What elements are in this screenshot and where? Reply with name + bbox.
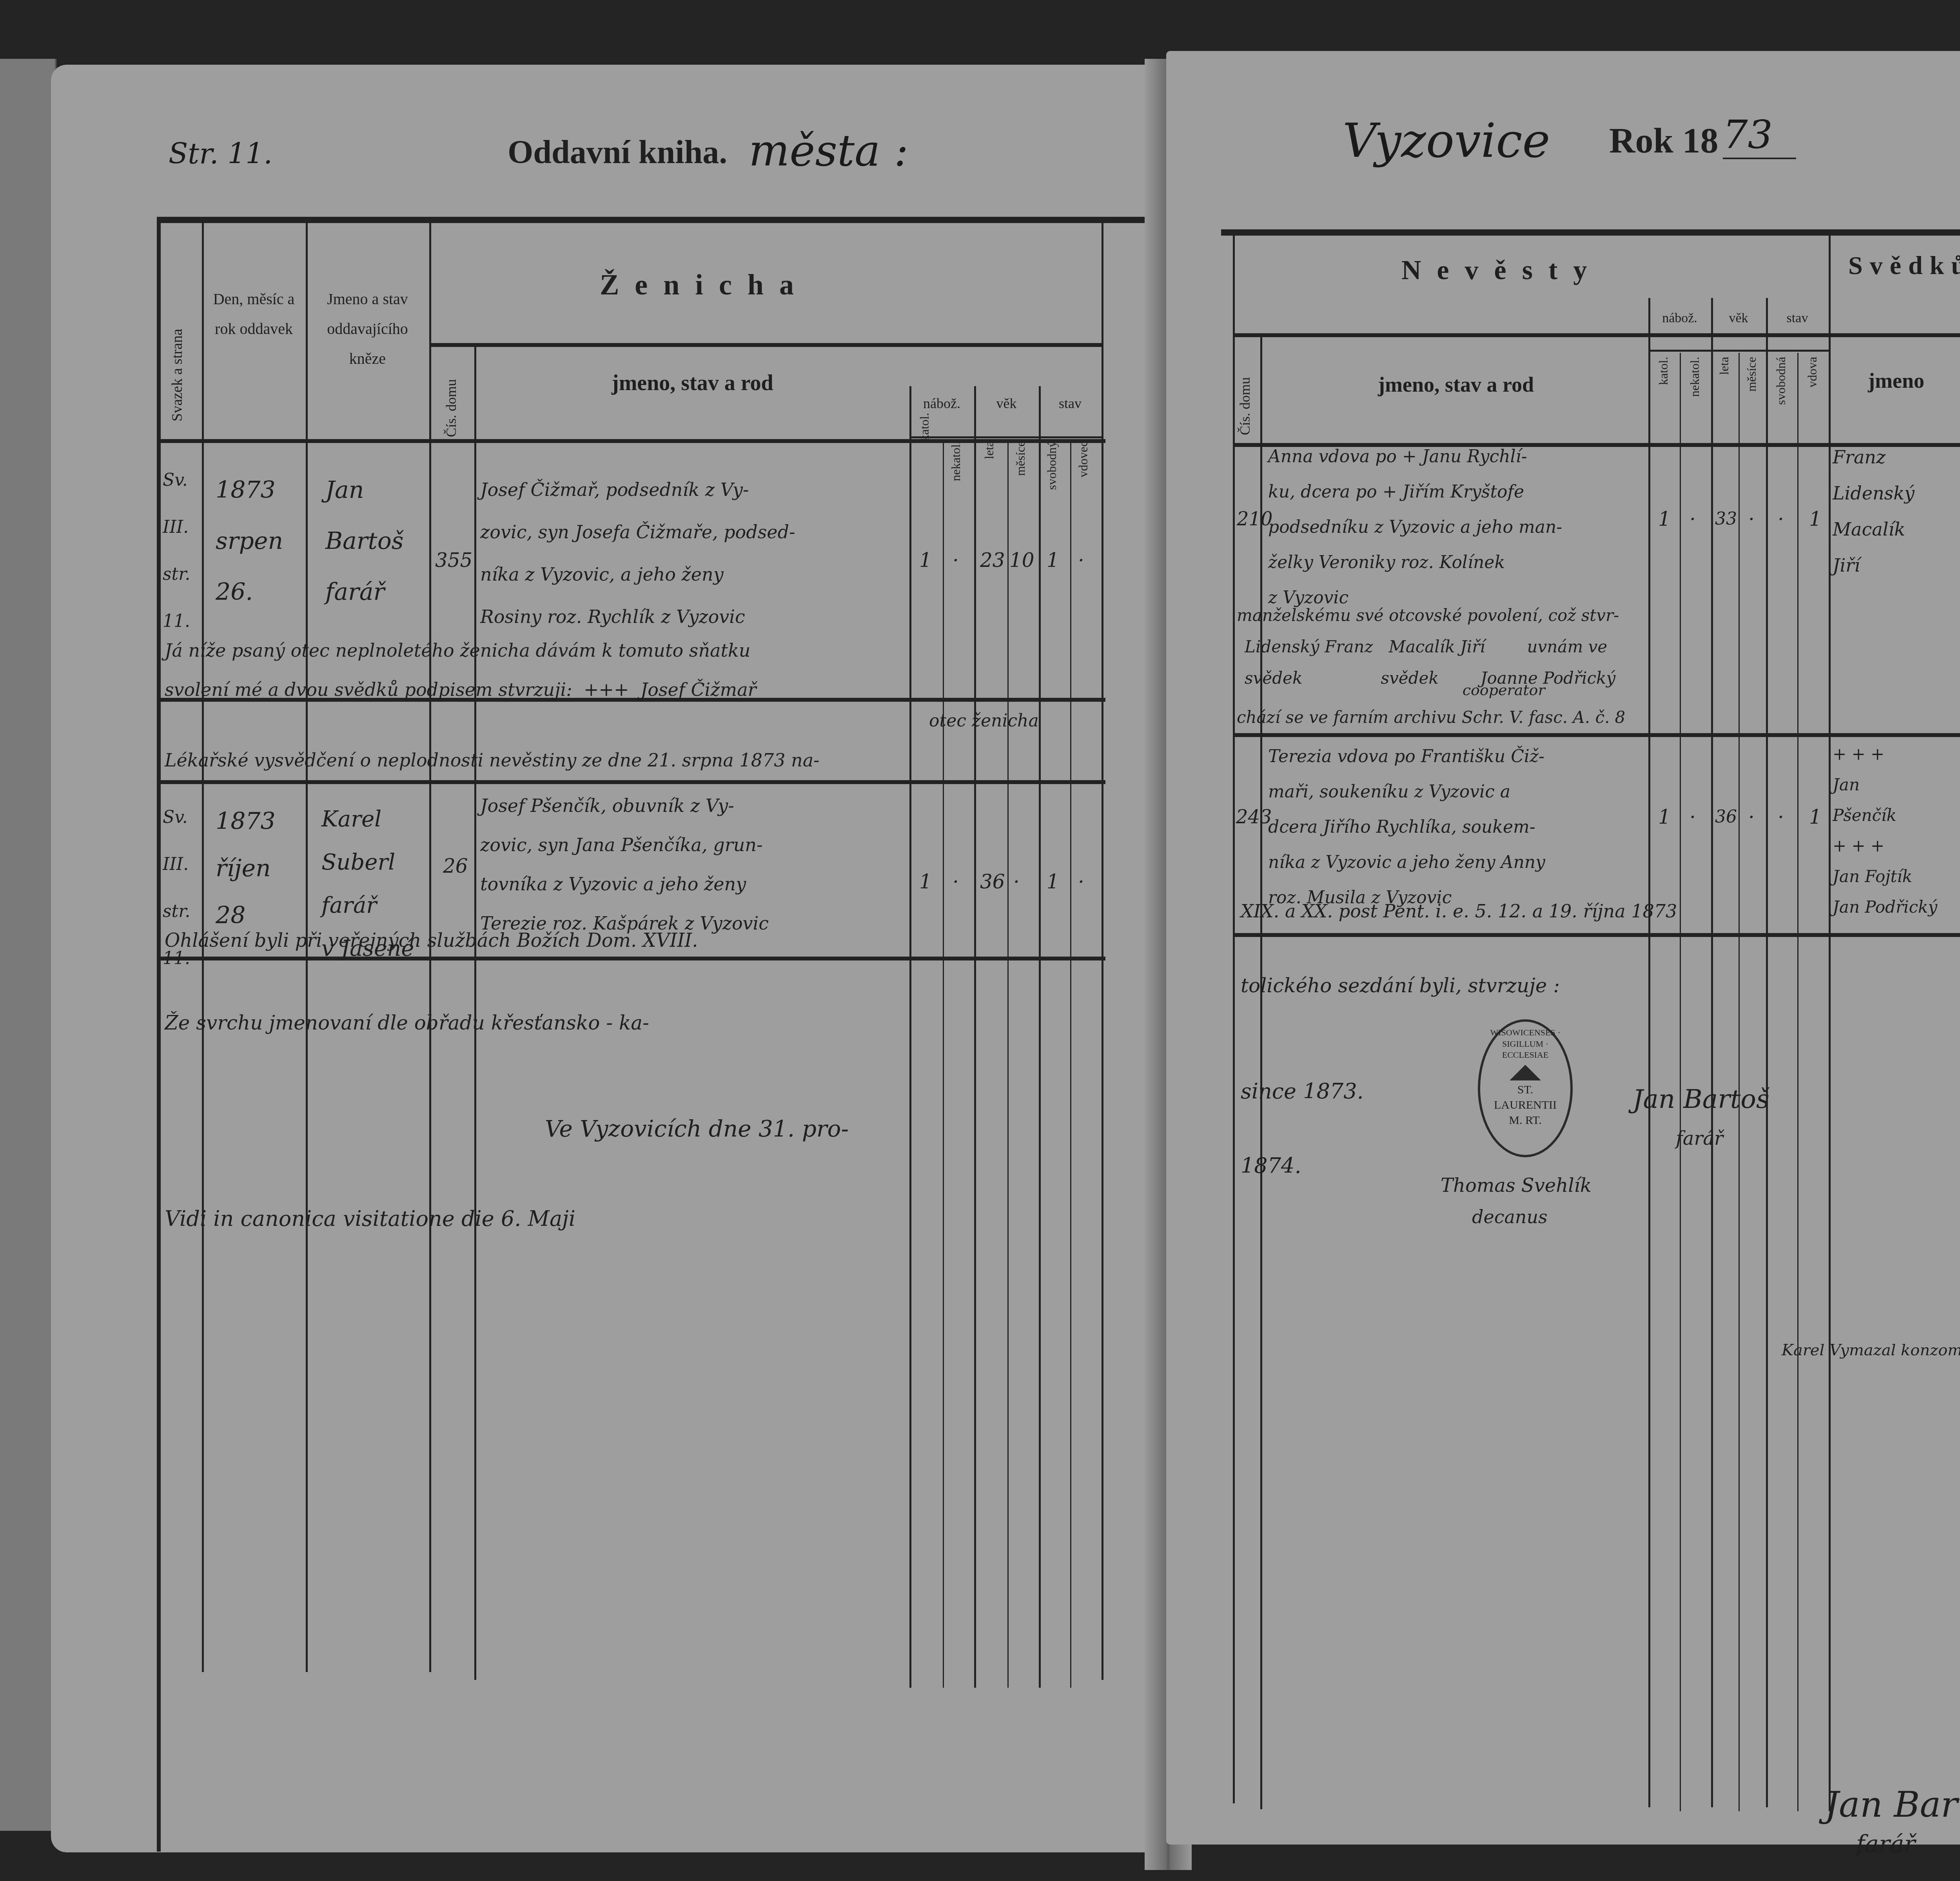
header-stav: stav bbox=[1039, 390, 1102, 417]
entry1-note-4: Lékařské vysvědčení o neplodnosti nevěst… bbox=[165, 739, 820, 781]
stamp-center-text: ST. LAURENTII M. RT. bbox=[1480, 1082, 1570, 1128]
signature-dean-title: decanus bbox=[1472, 1196, 1548, 1238]
col-divider bbox=[943, 441, 944, 1688]
header-cis-domu: Čís. domu bbox=[1237, 349, 1253, 435]
year-handwritten: 73 bbox=[1723, 112, 1796, 159]
table-top-border bbox=[1221, 229, 1960, 236]
header-den: Den, měsíc a rok oddavek bbox=[204, 284, 304, 344]
entry1-mesice: 10 bbox=[1009, 539, 1034, 581]
entry1-nekatol: · bbox=[1690, 498, 1696, 540]
entry2-leta: 36 bbox=[1715, 796, 1737, 838]
year-title: Rok 18 bbox=[1609, 120, 1719, 161]
header-nekatol: nekatol. bbox=[949, 441, 963, 481]
right-page: Vyzovice Rok 18 73 Nevěsty Svědkův Čís. … bbox=[1166, 51, 1960, 1845]
entry2-cis-domu: 243 bbox=[1236, 796, 1272, 838]
header-svobodny: svobodný bbox=[1045, 441, 1059, 490]
header-zenicha: Ženicha bbox=[600, 269, 809, 302]
parish-seal-stamp: WISOWICENSES · SIGILLUM · ECCLESIAE ST. … bbox=[1478, 1019, 1573, 1157]
col-divider bbox=[1070, 441, 1071, 1688]
entry1-note-5: chází se ve farním archivu Schr. V. fasc… bbox=[1237, 702, 1625, 733]
entry1-leta: 33 bbox=[1715, 498, 1737, 540]
footer-line-3: Vidi in canonica visitatione die 6. Maji bbox=[165, 1198, 575, 1240]
col-divider bbox=[909, 386, 911, 1688]
entry1-note-3: otec ženicha bbox=[929, 700, 1039, 742]
header-vdova: vdova bbox=[1805, 357, 1820, 387]
entry2-svobodna: · bbox=[1778, 796, 1784, 838]
entry1-leta: 23 bbox=[980, 539, 1005, 581]
header-nekatol: nekatol. bbox=[1688, 357, 1702, 397]
header-stav: stav bbox=[1766, 306, 1829, 331]
entry1-katol: 1 bbox=[919, 539, 932, 581]
col-divider bbox=[1648, 298, 1650, 1807]
header-leta: leta bbox=[982, 441, 996, 459]
entry2-svobodny: 1 bbox=[1047, 861, 1059, 903]
row-separator bbox=[1233, 933, 1960, 937]
entry1-svedek-jmeno: Franz Lidenský Macalík Jiří bbox=[1833, 439, 1915, 583]
entry1-mesice: · bbox=[1748, 498, 1755, 540]
bottom-signature-title: farář bbox=[1856, 1823, 1915, 1865]
header-svedek-jmeno: jmeno bbox=[1868, 369, 1924, 393]
book-cover-left bbox=[0, 59, 56, 1831]
header-svedkuv: Svědkův bbox=[1848, 251, 1960, 281]
header-vek: věk bbox=[1711, 306, 1766, 331]
col-divider bbox=[1711, 298, 1713, 1807]
col-divider bbox=[1766, 298, 1768, 1807]
header-nevesty: Nevěsty bbox=[1401, 255, 1602, 286]
entry2-katol: 1 bbox=[1658, 796, 1671, 838]
header-mesice: měsíce bbox=[1013, 441, 1028, 476]
col-divider bbox=[1007, 441, 1009, 1688]
entry1-den: 1873 srpen 26. bbox=[216, 465, 283, 617]
footer-line-1: Že svrchu jmenovaní dle obřadu křesťansk… bbox=[165, 1002, 649, 1044]
entry1-svobodny: 1 bbox=[1047, 539, 1059, 581]
col-divider bbox=[1797, 353, 1798, 1811]
entry1-vdova: 1 bbox=[1809, 498, 1822, 540]
header-svazek: Svazek a strana bbox=[169, 237, 186, 421]
page-number: Str. 11. bbox=[169, 137, 272, 170]
header-bottom-rule bbox=[157, 439, 1105, 443]
entry1-note-2: Lidenský Franz Macalík Jiří uvnám ve bbox=[1245, 631, 1607, 663]
entry1-knez: Jan Bartoš farář bbox=[325, 465, 404, 617]
title-handwritten: města : bbox=[749, 125, 909, 176]
header-rule bbox=[1648, 350, 1829, 352]
signature-commissar: Karel Vymazal konzomisar. bbox=[1782, 1329, 1960, 1371]
entry1-note-4: cooperator bbox=[1245, 678, 1545, 702]
col-divider bbox=[1039, 386, 1041, 1688]
col-divider bbox=[1233, 235, 1235, 1803]
entry1-katol: 1 bbox=[1658, 498, 1671, 540]
table-top-border bbox=[157, 217, 1168, 223]
header-jmeno: jmeno, stav a rod bbox=[612, 370, 773, 396]
col-divider bbox=[974, 386, 976, 1688]
header-jmeno: jmeno, stav a rod bbox=[1378, 372, 1534, 397]
signature-priest-title: farář bbox=[1676, 1117, 1723, 1160]
entry2-svedek-jmeno: + + + Jan Pšenčík + + + Jan Fojtík Jan P… bbox=[1833, 739, 1937, 922]
header-vek: věk bbox=[974, 390, 1039, 417]
footer-line-2: Ve Vyzovicích dne 31. pro- bbox=[545, 1108, 849, 1150]
footer-since: since 1873. bbox=[1241, 1070, 1364, 1113]
town-handwritten: Vyzovice bbox=[1343, 114, 1550, 168]
header-rule bbox=[1233, 333, 1960, 337]
left-page: Str. 11. Oddavní kniha. města : Svazek a… bbox=[51, 65, 1166, 1852]
header-katol: katol. bbox=[1656, 357, 1671, 385]
entry2-nekatol: · bbox=[1690, 796, 1696, 838]
entry2-vdovec: · bbox=[1078, 861, 1084, 903]
stamp-ring-text: WISOWICENSES · SIGILLUM · ECCLESIAE bbox=[1480, 1027, 1570, 1061]
footer-year: 1874. bbox=[1241, 1145, 1301, 1187]
footer-line-1: tolického sezdání byli, stvrzuje : bbox=[1241, 964, 1560, 1007]
entry2-nekatol: · bbox=[953, 861, 959, 903]
header-vdovec: vdovec bbox=[1076, 441, 1091, 477]
entry1-jmeno: Josef Čižmař, podsedník z Vy- zovic, syn… bbox=[480, 468, 795, 638]
entry2-den: 1873 říjen 28 bbox=[216, 798, 276, 939]
entry2-katol: 1 bbox=[919, 861, 932, 903]
entry2-mesice: · bbox=[1013, 861, 1020, 903]
col-divider bbox=[1829, 235, 1831, 1811]
entry2-mesice: · bbox=[1748, 796, 1755, 838]
stamp-emblem-icon bbox=[1510, 1065, 1541, 1080]
entry1-cis-domu: 355 bbox=[435, 539, 472, 581]
header-rule bbox=[429, 343, 1103, 347]
header-leta: leta bbox=[1717, 357, 1731, 375]
entry1-svazek: Sv. III. str. 11. bbox=[163, 457, 200, 645]
header-cis-domu: Čís. domu bbox=[443, 351, 459, 437]
entry2-vdova: 1 bbox=[1809, 796, 1822, 838]
entry1-vdovec: · bbox=[1078, 539, 1084, 581]
entry2-note-1: Ohlášení byli při veřejných službách Bož… bbox=[165, 919, 698, 962]
entry1-svobodna: · bbox=[1778, 498, 1784, 540]
header-mesice: měsíce bbox=[1744, 357, 1759, 392]
entry2-cis-domu: 26 bbox=[443, 845, 468, 887]
entry2-leta: 36 bbox=[980, 861, 1005, 903]
signature-priest: Jan Bartoš bbox=[1633, 1078, 1769, 1120]
row-separator bbox=[1233, 733, 1960, 737]
entry1-nekatol: · bbox=[953, 539, 959, 581]
entry2-note-1: XIX. a XX. post Pent. i. e. 5. 12. a 19.… bbox=[1241, 890, 1677, 932]
entry1-jmeno: Anna vdova po + Janu Rychlí- ku, dcera p… bbox=[1268, 439, 1562, 616]
entry2-jmeno: Terezia vdova po Františku Čiž- maři, so… bbox=[1268, 739, 1545, 915]
bottom-signature: Jan Bartoš bbox=[1825, 1784, 1960, 1826]
entry1-cis-domu: 210 bbox=[1237, 498, 1273, 540]
header-naboz: nábož. bbox=[1648, 306, 1711, 331]
entry1-note-1: Já níže psaný otec neplnoletého ženicha … bbox=[165, 629, 750, 672]
header-svobodna: svobodná bbox=[1774, 357, 1788, 405]
table-left-border bbox=[157, 217, 161, 1852]
header-jmeno-kneze: Jmeno a stav oddavajícího kněze bbox=[308, 284, 427, 374]
entry1-note-2: svolení mé a dvou svědků podpisem stvrzu… bbox=[165, 668, 757, 711]
entry1-note-1: manželskému své otcovské povolení, což s… bbox=[1237, 600, 1619, 631]
header-rule bbox=[909, 436, 1102, 438]
page-title: Oddavní kniha. bbox=[508, 133, 727, 171]
